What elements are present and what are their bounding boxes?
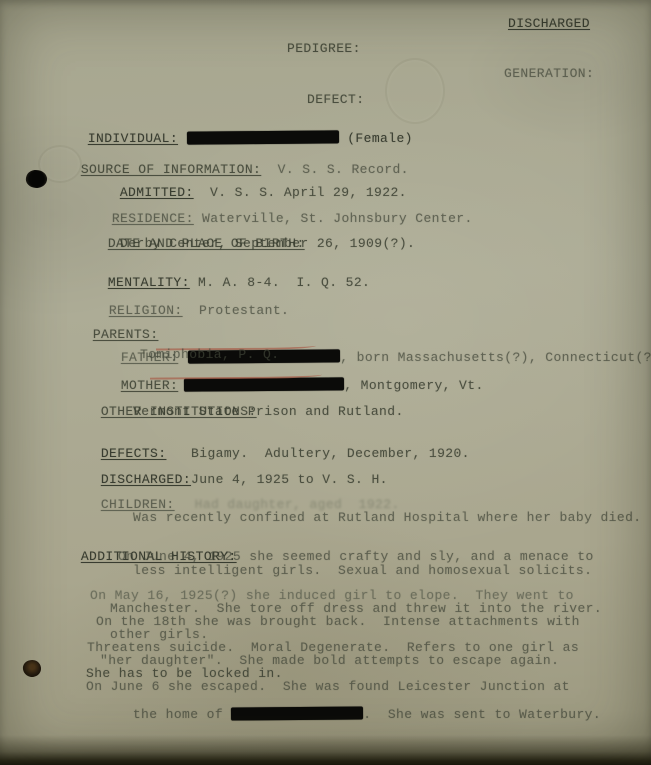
history-p1-line2: less intelligent girls. Sexual and homos… (133, 564, 592, 578)
field-label-individual: INDIVIDUAL: (88, 131, 178, 146)
religion-value: Protestant. (183, 303, 290, 318)
other-institutions-value: Vermont State Prison and Rutland. (133, 405, 404, 419)
father-value: , born Massachusetts(?), Connecticut(?). (340, 350, 651, 365)
redaction-bar-individual-name (187, 130, 339, 144)
punch-hole-top (24, 168, 48, 190)
father-birthplace: Tomiphobia, P. Q. (140, 348, 279, 362)
embossed-seal-mark (385, 58, 445, 124)
p4-post-text: . She was sent to Waterbury. (363, 707, 601, 722)
history-p1-line1: On June 4, 1925 she seemed crafty and sl… (118, 550, 594, 564)
redaction-bar-mother-name (184, 377, 344, 391)
defect-heading: DEFECT: (307, 93, 364, 107)
redaction-bar-home-name (231, 706, 363, 720)
p4-pre-text: the home of (133, 707, 231, 722)
field-label-mentality: MENTALITY: (108, 275, 190, 290)
pedigree-heading: PEDIGREE: (287, 42, 361, 56)
mother-value: , Montgomery, Vt. (344, 378, 483, 393)
discharged-stamp: DISCHARGED (508, 17, 590, 31)
birth-value: Derby Center, September 26, 1909(?). (120, 237, 415, 251)
mentality-value: M. A. 8-4. I. Q. 52. (190, 275, 370, 290)
history-p4-line1: On June 6 she escaped. She was found Lei… (86, 680, 570, 694)
confinement-note: Was recently confined at Rutland Hospita… (133, 511, 641, 525)
generation-heading: GENERATION: (504, 67, 594, 81)
scan-edge-shadow (0, 735, 651, 765)
scanned-document-page: DISCHARGED PEDIGREE: GENERATION: DEFECT:… (0, 0, 651, 765)
individual-sex: (Female) (339, 131, 413, 146)
history-p4-line2: the home of . She was sent to Waterbury. (100, 693, 601, 736)
punch-hole-bottom (22, 659, 42, 678)
